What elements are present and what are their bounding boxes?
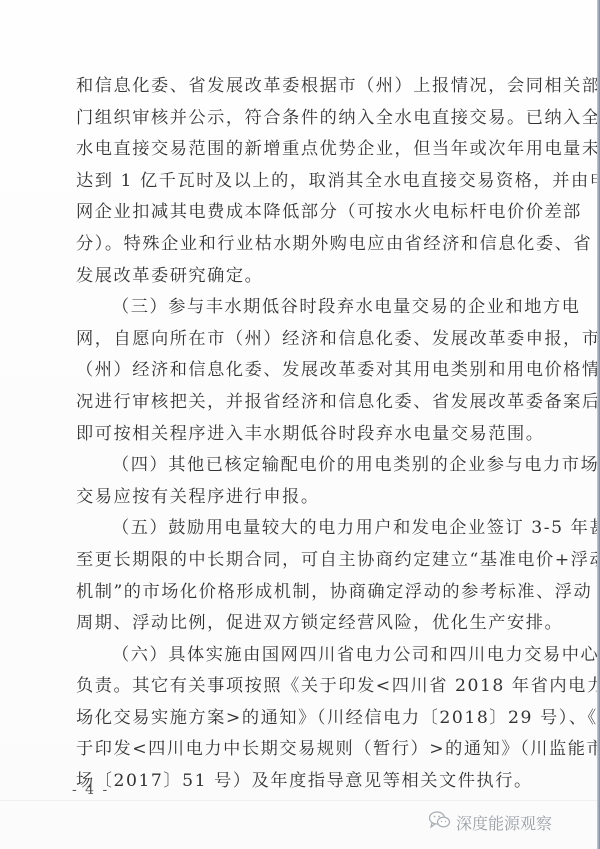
text-line: 场〔2017〕51 号）及年度指导意见等相关文件执行。 (76, 766, 532, 798)
text-line: 即可按相关程序进入丰水期低谷时段弃水电量交易范围。 (76, 419, 532, 451)
text-line: 负责。其它有关事项按照《关于印发<四川省 2018 年省内电力市 (76, 671, 532, 703)
watermark: 深度能源观察 (428, 810, 552, 834)
paragraph-item-6: （六）具体实施由国网四川省电力公司和四川电力交易中心 负责。其它有关事项按照《关… (76, 640, 532, 798)
text-line: 水电直接交易范围的新增重点优势企业，但当年或次年用电量未 (76, 134, 532, 166)
text-line: 门组织审核并公示，符合条件的纳入全水电直接交易。已纳入全 (76, 103, 532, 135)
text-line: 周期、浮动比例，促进双方锁定经营风险，优化生产安排。 (76, 608, 532, 640)
paragraph-item-3: （三）参与丰水期低谷时段弃水电量交易的企业和地方电 网，自愿向所在市（州）经济和… (76, 292, 532, 450)
text-line: 分）。特殊企业和行业枯水期外购电应由省经济和信息化委、省 (76, 229, 532, 261)
document-body: 和信息化委、省发展改革委根据市（州）上报情况，会同相关部 门组织审核并公示，符合… (76, 71, 532, 798)
text-line: 机制”的市场化价格形成机制，协商确定浮动的参考标准、浮动 (76, 577, 532, 609)
text-line: 交易应按有关程序进行申报。 (76, 482, 532, 514)
page-number: - 4 - (72, 782, 109, 798)
text-line: 至更长期限的中长期合同，可自主协商约定建立“基准电价+浮动 (76, 545, 532, 577)
document-page: 和信息化委、省发展改革委根据市（州）上报情况，会同相关部 门组织审核并公示，符合… (0, 0, 600, 849)
text-line: （三）参与丰水期低谷时段弃水电量交易的企业和地方电 (76, 292, 532, 324)
text-line: （六）具体实施由国网四川省电力公司和四川电力交易中心 (76, 640, 532, 672)
text-line: 场化交易实施方案>的通知》（川经信电力〔2018〕29 号）、《关 (76, 703, 532, 735)
text-line: （州）经济和信息化委、发展改革委对其用电类别和用电价格情 (76, 355, 532, 387)
text-line: 网企业扣减其电费成本降低部分（可按水火电标杆电价价差部 (76, 197, 532, 229)
watermark-text: 深度能源观察 (456, 811, 552, 834)
paragraph-item-4: （四）其他已核定输配电价的用电类别的企业参与电力市场 交易应按有关程序进行申报。 (76, 450, 532, 513)
text-line: 发展改革委研究确定。 (76, 261, 532, 293)
wechat-icon (428, 810, 452, 834)
text-line: 况进行审核把关，并报省经济和信息化委、省发展改革委备案后 (76, 387, 532, 419)
text-line: （五）鼓励用电量较大的电力用户和发电企业签订 3-5 年甚 (76, 513, 532, 545)
paragraph-item-5: （五）鼓励用电量较大的电力用户和发电企业签订 3-5 年甚 至更长期限的中长期合… (76, 513, 532, 639)
text-line: 和信息化委、省发展改革委根据市（州）上报情况，会同相关部 (76, 71, 532, 103)
text-line: 网，自愿向所在市（州）经济和信息化委、发展改革委申报，市 (76, 324, 532, 356)
page-fold-divider (0, 800, 597, 801)
text-line: （四）其他已核定输配电价的用电类别的企业参与电力市场 (76, 450, 532, 482)
text-line: 达到 1 亿千瓦时及以上的，取消其全水电直接交易资格，并由电 (76, 166, 532, 198)
text-line: 于印发<四川电力中长期交易规则（暂行）>的通知》（川监能市 (76, 734, 532, 766)
paragraph-continuation: 和信息化委、省发展改革委根据市（州）上报情况，会同相关部 门组织审核并公示，符合… (76, 71, 532, 292)
